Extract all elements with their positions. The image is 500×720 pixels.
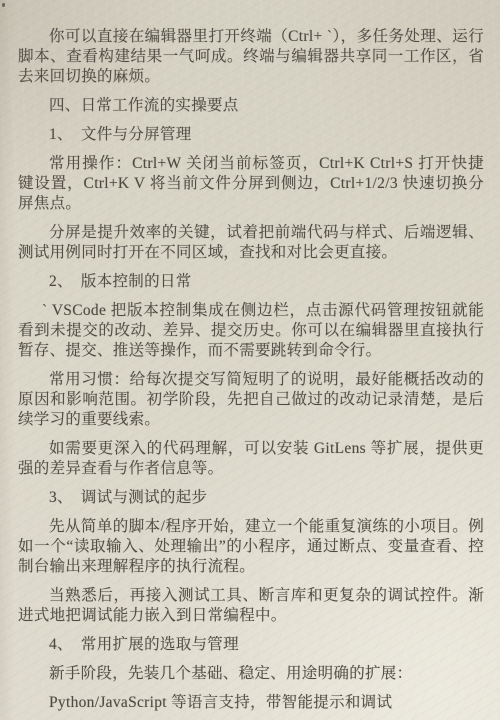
heading-chapter-four: 四、日常工作流的实操要点 [18,96,484,116]
heading-sub-4-extensions: 4、 常用扩展的选取与管理 [18,635,484,655]
paragraph-commit-habit: 常用习惯：给每次提交写简短明了的说明，最好能概括改动的原因和影响范围。初学阶段，… [18,370,484,430]
paragraph-language-support: Python/JavaScript 等语言支持，带智能提示和调试 [18,693,484,713]
paper-speck [2,3,5,7]
paragraph-gitlens-extension: 如需要更深入的代码理解，可以安装 GitLens 等扩展，提供更强的差异查看与作… [18,439,484,479]
heading-sub-3-debug-test: 3、 调试与测试的起步 [18,488,484,508]
paragraph-extension-advice: 新手阶段，先装几个基础、稳定、用途明确的扩展： [18,664,484,684]
paragraph-advance-testing: 当熟悉后，再接入测试工具、断言库和更复杂的调试控件。渐进式地把调试能力嵌入到日常… [18,586,484,626]
paragraph-terminal-usage: 你可以直接在编辑器里打开终端（Ctrl+ `），多任务处理、运行脚本、查看构建结… [18,27,484,87]
paragraph-vscode-scm: ` VSCode 把版本控制集成在侧边栏，点击源代码管理按钮就能看到未提交的改动… [18,301,484,361]
paragraph-split-benefit: 分屏是提升效率的关键，试着把前端代码与样式、后端逻辑、测试用例同时打开在不同区域… [18,223,484,263]
paper-page: 你可以直接在编辑器里打开终端（Ctrl+ `），多任务处理、运行脚本、查看构建结… [0,0,500,720]
paragraph-common-shortcuts: 常用操作：Ctrl+W 关闭当前标签页，Ctrl+K Ctrl+S 打开快捷键设… [18,154,484,214]
paragraph-simple-project: 先从简单的脚本/程序开始，建立一个能重复演练的小项目。例如一个“读取输入、处理输… [18,517,484,577]
heading-sub-2-version-control: 2、 版本控制的日常 [18,272,484,292]
document-content: 你可以直接在编辑器里打开终端（Ctrl+ `），多任务处理、运行脚本、查看构建结… [18,27,484,720]
heading-sub-1-file-split: 1、 文件与分屏管理 [18,125,484,145]
